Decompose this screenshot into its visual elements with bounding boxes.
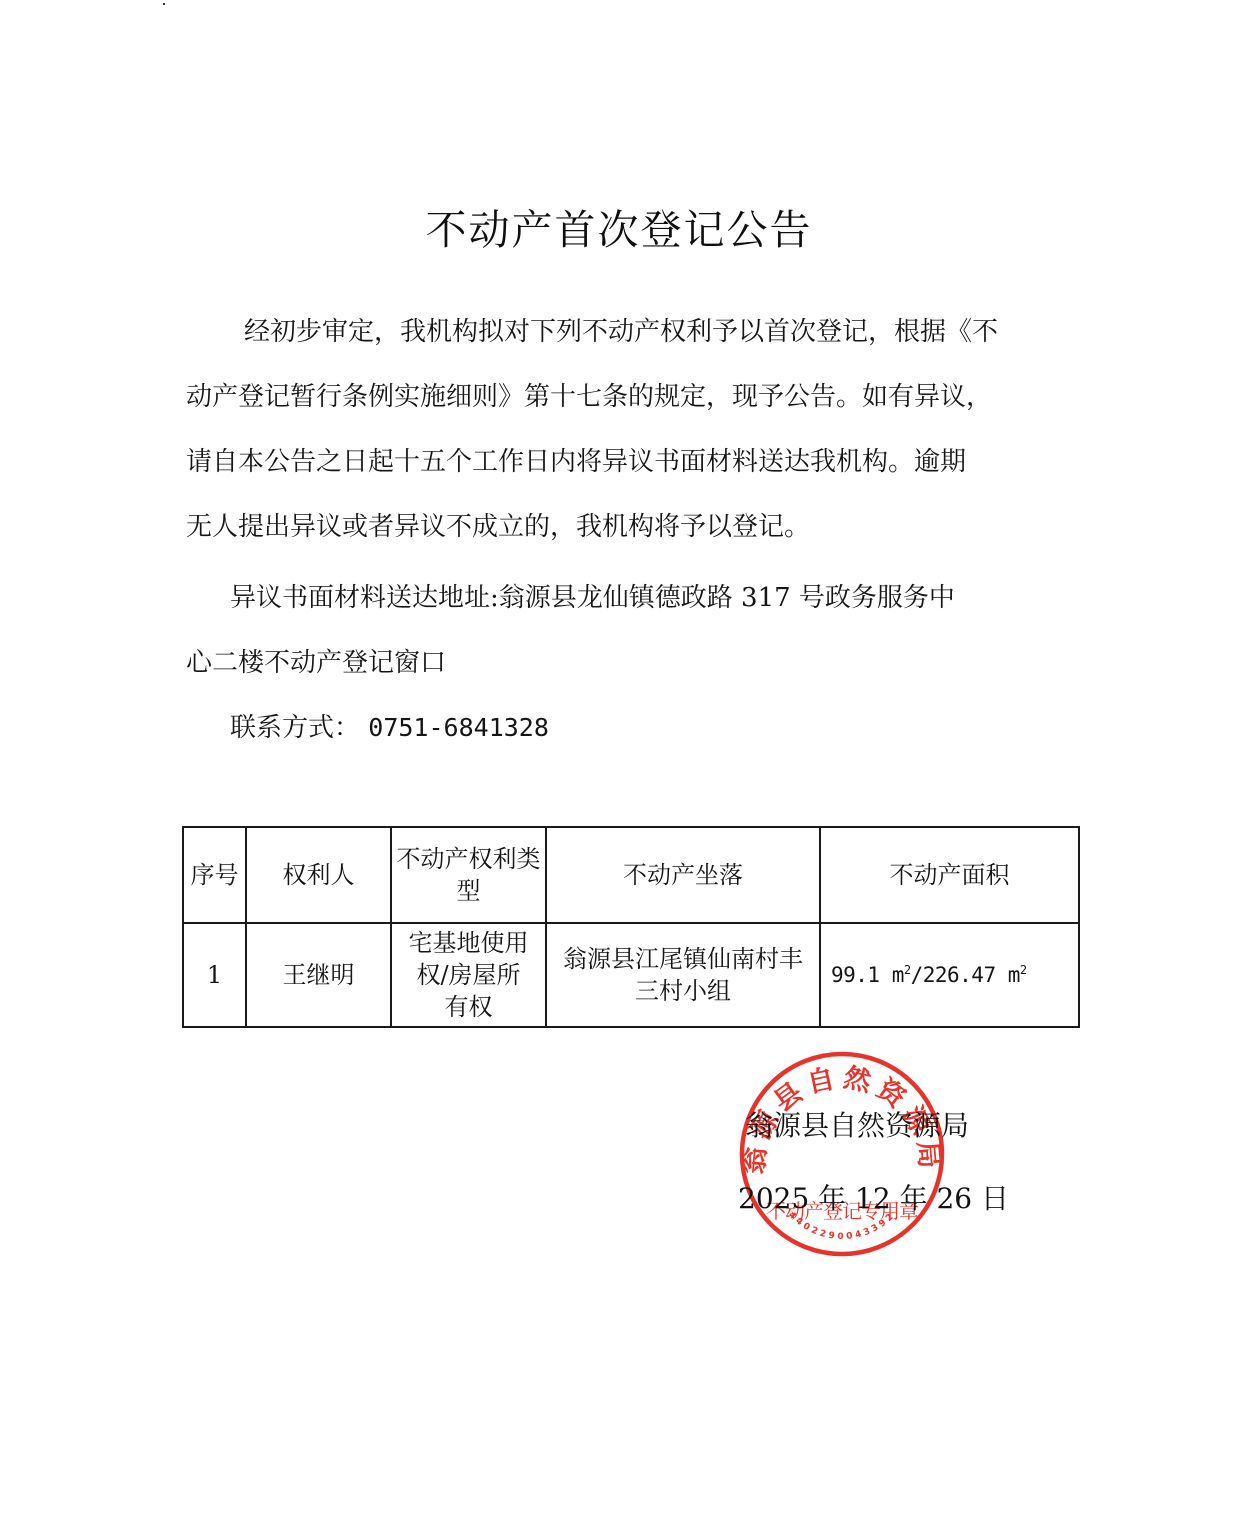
area-unit-sup: 2 [1020,963,1027,977]
cell-seq: 1 [183,923,246,1027]
address-line: 心二楼不动产登记窗口 [186,631,1056,696]
contact-line: 联系方式： 0751-6841328 [186,695,1056,761]
official-seal-icon: 翁源县自然资源局 不动产登记专用章 4402290043392 [738,1050,946,1258]
contact-phone: 0751-6841328 [368,713,549,742]
notice-line: 无人提出异议或者异议不成立的，我机构将予以登记。 [186,495,1056,560]
cell-location-line: 三村小组 [547,975,819,1007]
cell-right-type: 宅基地使用 权/房屋所 有权 [391,923,546,1027]
area-land: 99.1 m [831,963,904,987]
header-right-type: 不动产权利类 型 [391,827,546,923]
header-right-type-line: 不动产权利类 [392,843,545,875]
registration-table: 序号 权利人 不动产权利类 型 不动产坐落 不动产面积 1 王继明 宅基地使用 … [182,826,1080,1028]
cell-location: 翁源县江尾镇仙南村丰 三村小组 [546,923,820,1027]
scan-artifact [163,3,165,5]
header-area: 不动产面积 [820,827,1079,923]
header-seq: 序号 [183,827,246,923]
cell-right-type-line: 权/房屋所 [392,959,545,991]
notice-line: 动产登记暂行条例实施细则》第十七条的规定，现予公告。如有异议， [186,365,1056,430]
header-holder: 权利人 [246,827,391,923]
document-page: 不动产首次登记公告 经初步审定，我机构拟对下列不动产权利予以首次登记，根据《不 … [0,0,1238,1527]
area-house: /226.47 m [911,963,1020,987]
contact-paragraph: 联系方式： 0751-6841328 [186,695,1056,761]
address-paragraph: 异议书面材料送达地址:翁源县龙仙镇德政路 317 号政务服务中 心二楼不动产登记… [186,566,1056,696]
header-right-type-line: 型 [392,875,545,907]
document-title: 不动产首次登记公告 [0,197,1238,256]
cell-right-type-line: 有权 [392,991,545,1023]
cell-location-line: 翁源县江尾镇仙南村丰 [547,943,819,975]
table-header-row: 序号 权利人 不动产权利类 型 不动产坐落 不动产面积 [183,827,1079,923]
notice-line: 经初步审定，我机构拟对下列不动产权利予以首次登记，根据《不 [186,300,1056,365]
registration-table-wrap: 序号 权利人 不动产权利类 型 不动产坐落 不动产面积 1 王继明 宅基地使用 … [182,826,1080,1028]
contact-label: 联系方式： [230,713,360,743]
issuer-name: 翁源县自然资源局 [745,1108,969,1144]
table-row: 1 王继明 宅基地使用 权/房屋所 有权 翁源县江尾镇仙南村丰 三村小组 99.… [183,923,1079,1027]
address-line: 异议书面材料送达地址:翁源县龙仙镇德政路 317 号政务服务中 [186,566,1056,631]
notice-paragraph: 经初步审定，我机构拟对下列不动产权利予以首次登记，根据《不 动产登记暂行条例实施… [186,300,1056,560]
cell-area: 99.1 m2/226.47 m2 [820,923,1079,1027]
area-unit-sup: 2 [904,963,911,977]
issue-date: 2025 年 12 年 26 日 [738,1177,1009,1217]
notice-line: 请自本公告之日起十五个工作日内将异议书面材料送达我机构。逾期 [186,430,1056,495]
cell-holder: 王继明 [246,923,391,1027]
cell-right-type-line: 宅基地使用 [392,927,545,959]
header-location: 不动产坐落 [546,827,820,923]
